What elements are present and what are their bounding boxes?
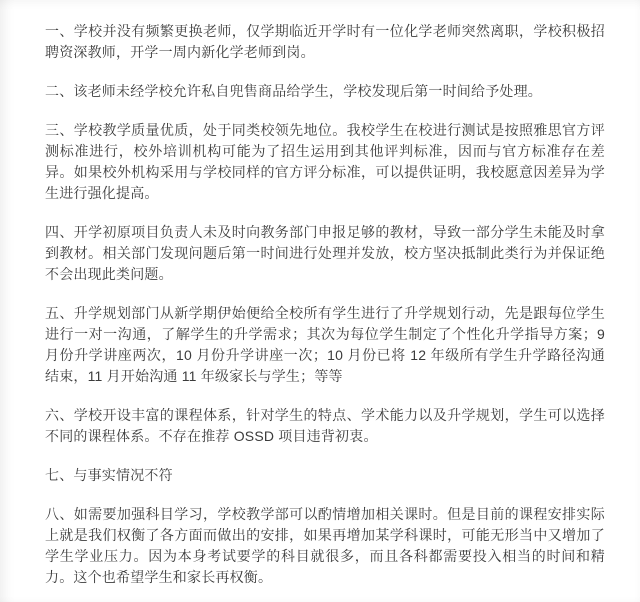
paragraph-8: 八、如需要加强科目学习，学校教学部可以酌情增加相关课时。但是目前的课程安排实际上… bbox=[45, 504, 605, 588]
paragraph-3: 三、学校教学质量优质，处于同类校领先地位。我校学生在校进行测试是按照雅思官方评测… bbox=[45, 120, 605, 204]
paragraph-6: 六、学校开设丰富的课程体系，针对学生的特点、学术能力以及升学规划，学生可以选择不… bbox=[45, 405, 605, 447]
paragraph-2: 二、该老师未经学校允许私自兜售商品给学生，学校发现后第一时间给予处理。 bbox=[45, 81, 605, 102]
paragraph-7: 七、与事实情况不符 bbox=[45, 465, 605, 486]
paragraph-5: 五、升学规划部门从新学期伊始便给全校所有学生进行了升学规划行动，先是跟每位学生进… bbox=[45, 303, 605, 387]
paragraph-1: 一、学校并没有频繁更换老师，仅学期临近开学时有一位化学老师突然离职，学校积极招聘… bbox=[45, 21, 605, 63]
document-body: 一、学校并没有频繁更换老师，仅学期临近开学时有一位化学老师突然离职，学校积极招聘… bbox=[0, 0, 640, 602]
document-page: 一、学校并没有频繁更换老师，仅学期临近开学时有一位化学老师突然离职，学校积极招聘… bbox=[0, 0, 640, 602]
paragraph-4: 四、开学初原项目负责人未及时向教务部门申报足够的教材，导致一部分学生未能及时拿到… bbox=[45, 222, 605, 285]
